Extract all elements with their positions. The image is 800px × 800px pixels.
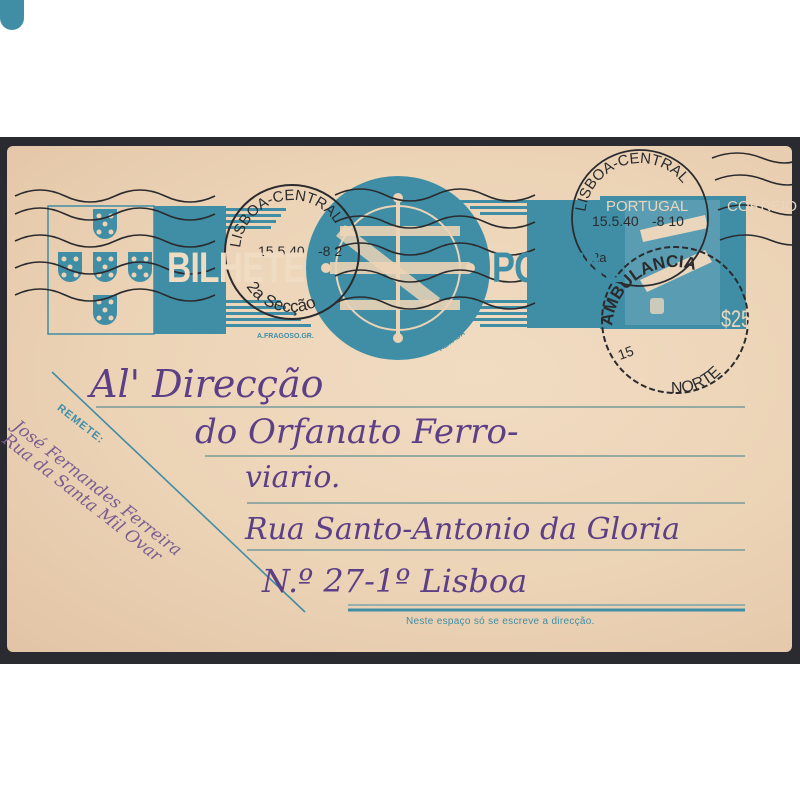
address-line-4: Rua Santo-Antonio da Gloria (245, 512, 680, 547)
stamp-service-text: CORREIO (727, 198, 743, 215)
address-line-5: N.º 27-1º Lisboa (262, 562, 527, 600)
address-line-3: viario. (245, 460, 340, 495)
stamp-value: $25 (721, 306, 751, 334)
stamp-country-text: PORTUGAL (606, 198, 624, 215)
printer-credit: A.FRAGOSO.GR. (257, 333, 314, 340)
address-line-2: do Orfanato Ferro- (195, 412, 518, 452)
address-line-1: Al' Direcção (90, 362, 324, 406)
postal-title: POSTAL (492, 244, 624, 293)
address-instruction-note: Neste espaço só se escreve a direcção. (406, 616, 595, 627)
bilhete-title: BILHETE (167, 244, 305, 293)
